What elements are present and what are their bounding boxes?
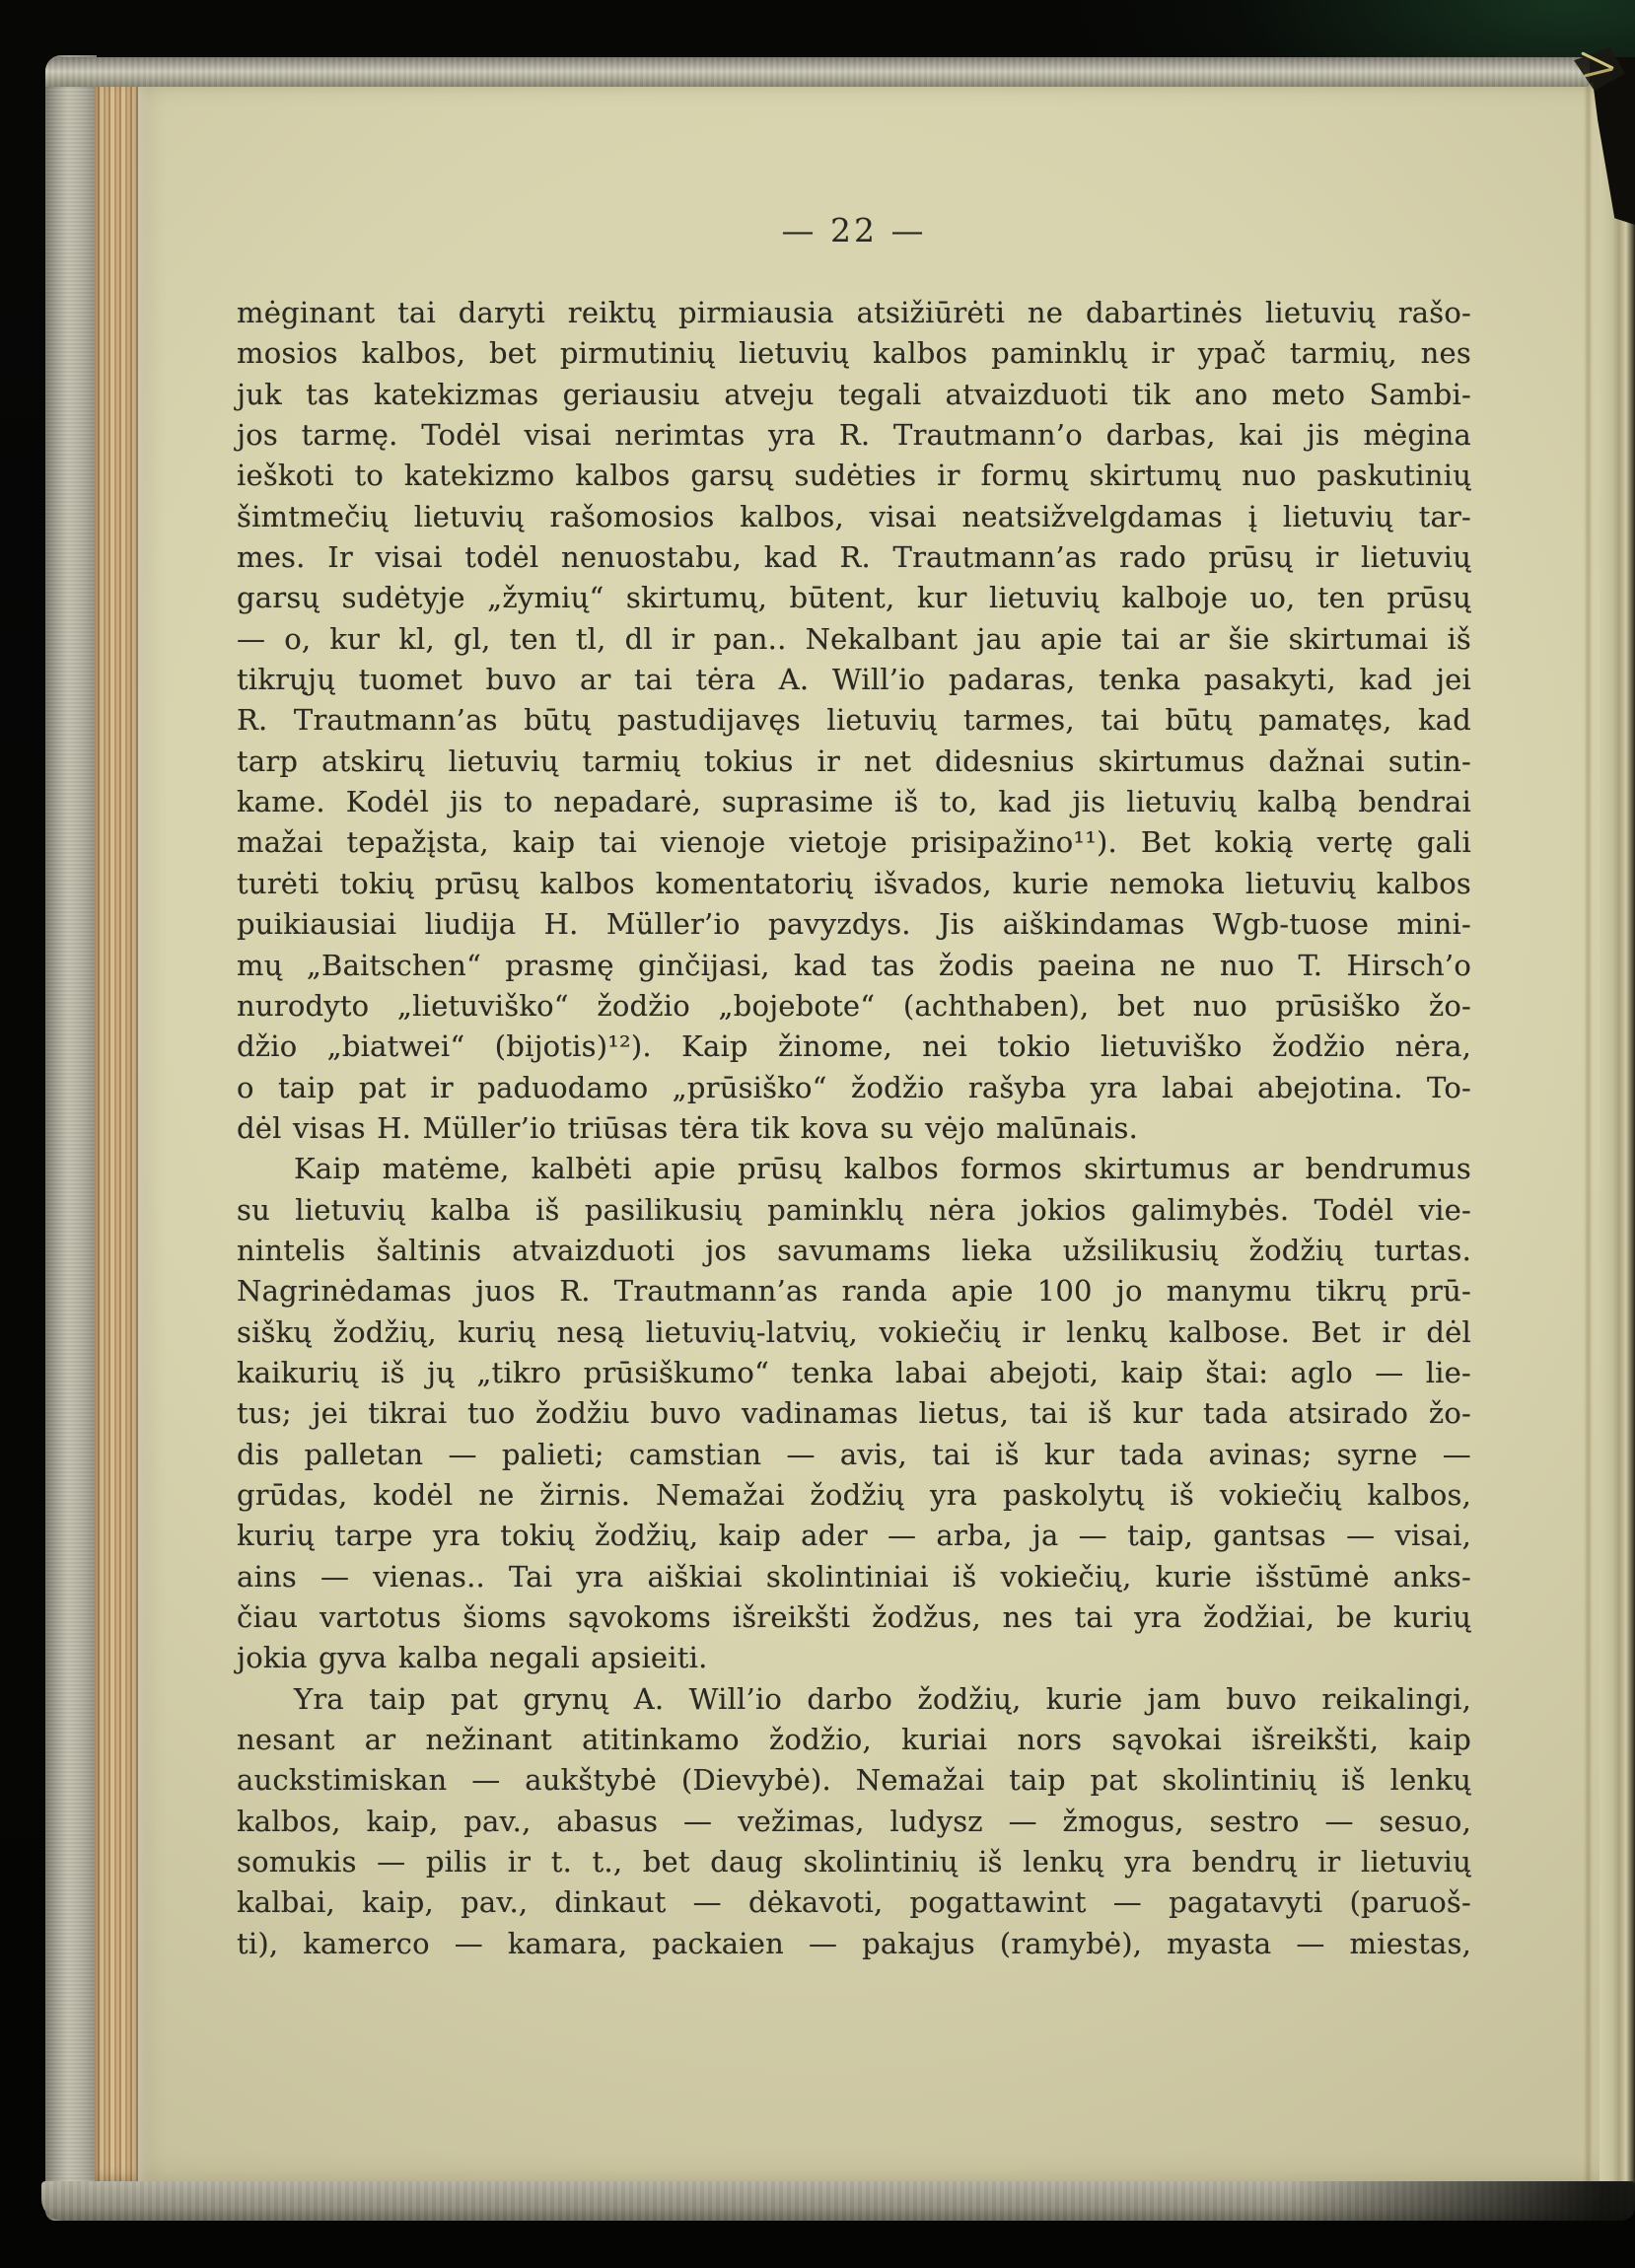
text-line: juk tas katekizmas geriausiu atveju tega… <box>237 375 1471 415</box>
book-cover-bottom-edge <box>41 2181 1635 2221</box>
text-line: džio „biatwei“ (bijotis)¹²). Kaip žinome… <box>237 1027 1471 1067</box>
text-line: kame. Kodėl jis to nepadarė, suprasime i… <box>237 782 1471 822</box>
page-stack-right-edges <box>1599 83 1635 2185</box>
text-line: mėginant tai daryti reiktų pirmiausia at… <box>237 293 1471 333</box>
book-cover-top-edge <box>45 57 1590 87</box>
text-line: nesant ar nežinant atitinkamo žodžio, ku… <box>237 1720 1471 1760</box>
text-line: mų „Baitschen“ prasmę ginčijasi, kad tas… <box>237 946 1471 986</box>
text-line: puikiausiai liudija H. Müller’io pavyzdy… <box>237 904 1471 945</box>
text-line: ains — vienas.. Tai yra aiškiai skolinti… <box>237 1557 1471 1597</box>
text-line: dėl visas H. Müller’io triūsas tėra tik … <box>237 1108 1471 1149</box>
text-line: dis palletan — palieti; camstian — avis,… <box>237 1435 1471 1475</box>
text-line: Nagrinėdamas juos R. Trautmann’as randa … <box>237 1271 1471 1311</box>
text-line: siškų žodžių, kurių nesą lietuvių-latvių… <box>237 1312 1471 1353</box>
text-line: R. Trautmann’as būtų pastudijavęs lietuv… <box>237 700 1471 741</box>
text-line: o taip pat ir paduodamo „prūsiško“ žodži… <box>237 1068 1471 1108</box>
text-line: ieškoti to katekizmo kalbos garsų sudėti… <box>237 456 1471 496</box>
text-line: garsų sudėtyje „žymių“ skirtumų, būtent,… <box>237 578 1471 618</box>
text-line: Kaip matėme, kalbėti apie prūsų kalbos f… <box>237 1149 1471 1189</box>
text-line: grūdas, kodėl ne žirnis. Nemažai žodžių … <box>237 1475 1471 1516</box>
text-line: kalbai, kaip, pav., dinkaut — dėkavoti, … <box>237 1882 1471 1923</box>
text-line: kalbos, kaip, pav., abasus — vežimas, lu… <box>237 1802 1471 1842</box>
text-line: tarp atskirų lietuvių tarmių tokius ir n… <box>237 742 1471 782</box>
text-line: jokia gyva kalba negali apsieiti. <box>237 1638 1471 1678</box>
text-line: mosios kalbos, bet pirmutinių lietuvių k… <box>237 333 1471 374</box>
book-page: — 22 — mėginant tai daryti reiktų pirmia… <box>138 83 1635 2185</box>
page-stack-left-edges <box>95 73 138 2185</box>
text-line: auckstimiskan — aukštybė (Dievybė). Nema… <box>237 1760 1471 1801</box>
text-line: turėti tokių prūsų kalbos komentatorių i… <box>237 864 1471 904</box>
text-line: mažai tepažįsta, kaip tai vienoje vietoj… <box>237 822 1471 863</box>
text-line: Yra taip pat grynų A. Will’io darbo žodž… <box>237 1679 1471 1720</box>
text-line: nintelis šaltinis atvaizduoti jos savuma… <box>237 1231 1471 1271</box>
text-line: nurodyto „lietuviško“ žodžio „bojebote“ … <box>237 986 1471 1027</box>
text-block: mėginant tai daryti reiktų pirmiausia at… <box>237 293 1471 1964</box>
page-number: — 22 — <box>237 211 1471 249</box>
text-line: — o, kur kl, gl, ten tl, dl ir pan.. Nek… <box>237 619 1471 660</box>
text-line: ti), kamerco — kamara, packaien — pakaju… <box>237 1924 1471 1964</box>
text-line: kaikurių iš jų „tikro prūsiškumo“ tenka … <box>237 1353 1471 1393</box>
text-line: su lietuvių kalba iš pasilikusių paminkl… <box>237 1190 1471 1231</box>
text-line: tikrųjų tuomet buvo ar tai tėra A. Will’… <box>237 660 1471 700</box>
page-crease <box>1586 83 1591 2185</box>
text-line: čiau vartotus šioms sąvokoms išreikšti ž… <box>237 1597 1471 1638</box>
text-line: tus; jei tikrai tuo žodžiu buvo vadinama… <box>237 1393 1471 1434</box>
text-line: mes. Ir visai todėl nenuostabu, kad R. T… <box>237 537 1471 578</box>
text-line: jos tarmę. Todėl visai nerimtas yra R. T… <box>237 415 1471 456</box>
text-line: kurių tarpe yra tokių žodžių, kaip ader … <box>237 1516 1471 1556</box>
book-cover-left-edge <box>45 55 97 2221</box>
text-line: somukis — pilis ir t. t., bet daug skoli… <box>237 1842 1471 1882</box>
text-line: šimtmečių lietuvių rašomosios kalbos, vi… <box>237 497 1471 537</box>
